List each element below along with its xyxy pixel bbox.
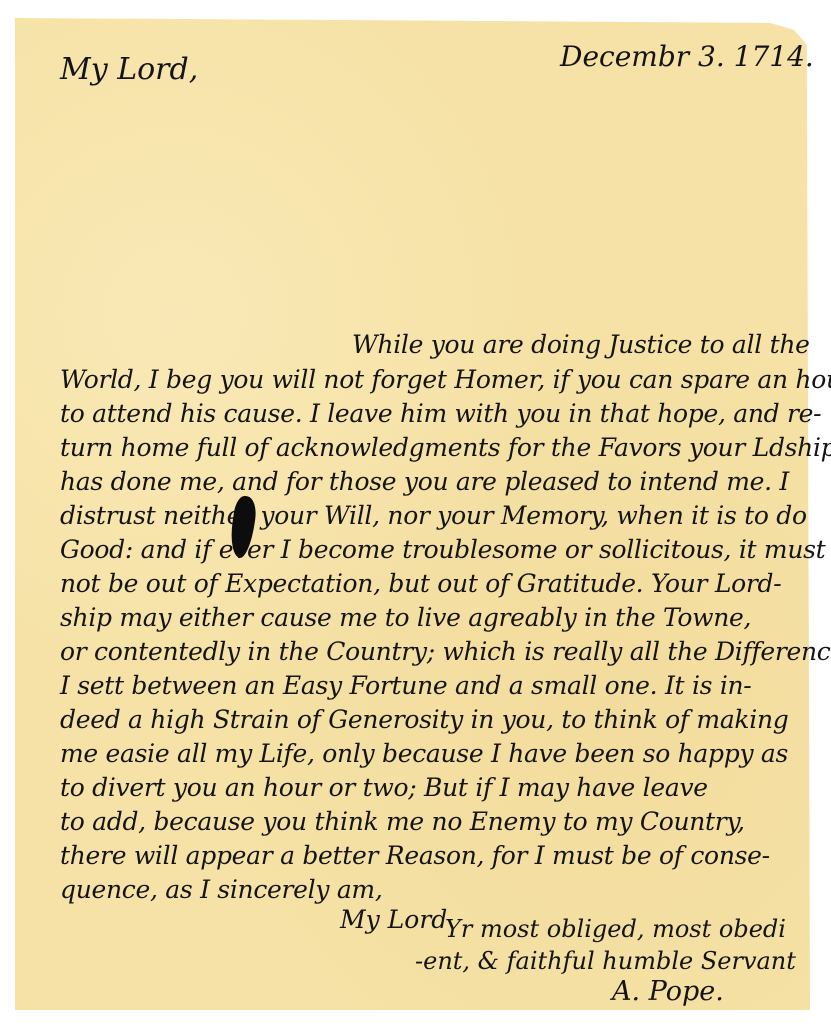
body-line: to divert you an hour or two; But if I m… bbox=[60, 773, 708, 802]
salutation: My Lord, bbox=[60, 52, 198, 87]
body-line: deed a high Strain of Generosity in you,… bbox=[60, 705, 788, 734]
body-line: not be out of Expectation, but out of Gr… bbox=[60, 569, 781, 598]
body-line: While you are doing Justice to all the bbox=[352, 330, 810, 359]
body-line: distrust neither your Will, nor your Mem… bbox=[60, 501, 807, 530]
closing-address: My Lord bbox=[340, 905, 447, 934]
body-line: to attend his cause. I leave him with yo… bbox=[60, 399, 821, 428]
body-line: to add, because you think me no Enemy to… bbox=[60, 807, 745, 836]
body-line: or contentedly in the Country; which is … bbox=[60, 637, 831, 666]
body-line: I sett between an Easy Fortune and a sma… bbox=[60, 671, 751, 700]
body-line: World, I beg you will not forget Homer, … bbox=[60, 365, 831, 394]
body-line: turn home full of acknowledgments for th… bbox=[60, 433, 831, 462]
signature: A. Pope. bbox=[612, 976, 724, 1007]
body-line: Good: and if ever I become troublesome o… bbox=[60, 535, 825, 564]
body-line: ship may either cause me to live agreabl… bbox=[60, 603, 751, 632]
closing-line-2: -ent, & faithful humble Servant bbox=[415, 947, 796, 975]
letter-date: Decembr 3. 1714. bbox=[560, 40, 814, 73]
body-line: there will appear a better Reason, for I… bbox=[60, 841, 770, 870]
body-line: quence, as I sincerely am, bbox=[60, 875, 383, 904]
body-line: me easie all my Life, only because I hav… bbox=[60, 739, 788, 768]
closing-line-1: Yr most obliged, most obedi bbox=[445, 915, 786, 943]
body-line: has done me, and for those you are pleas… bbox=[60, 467, 789, 496]
